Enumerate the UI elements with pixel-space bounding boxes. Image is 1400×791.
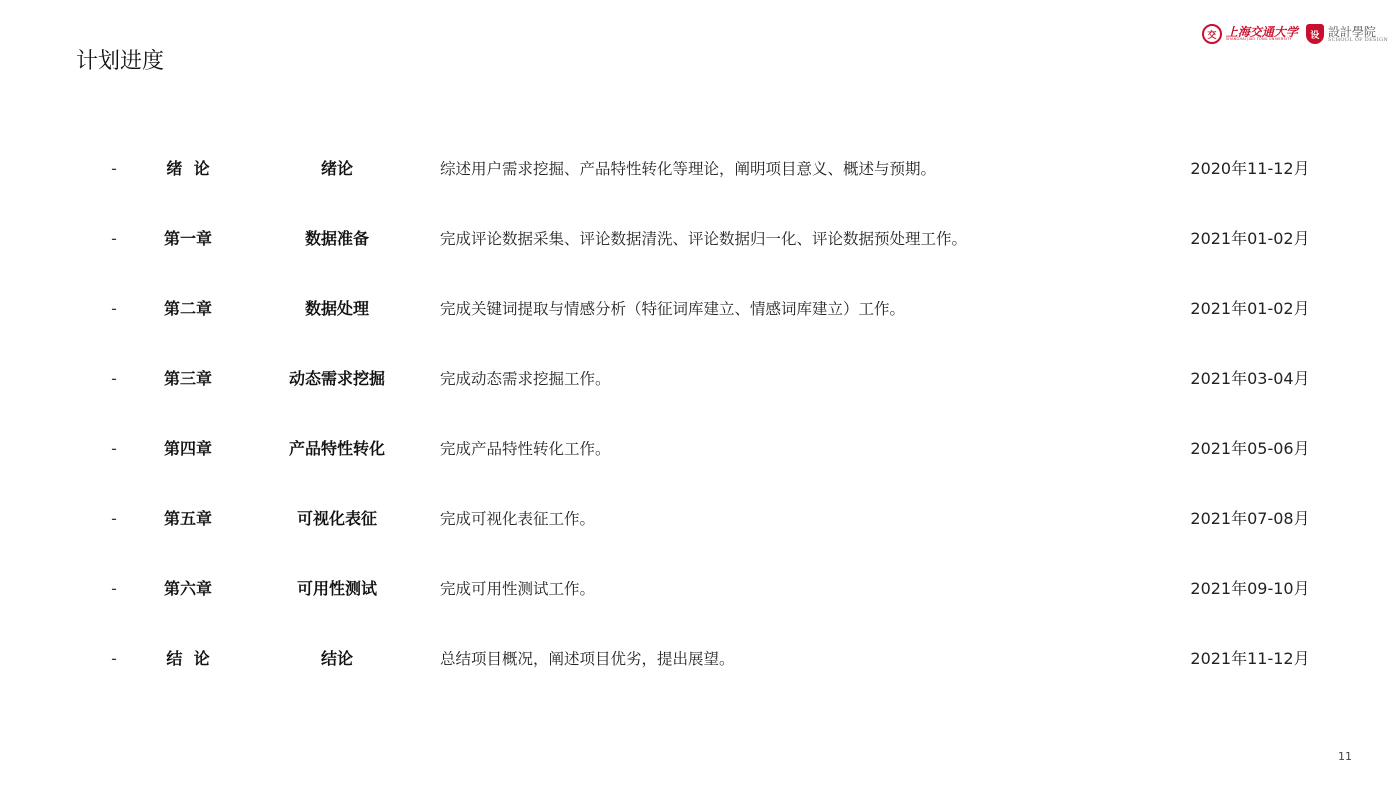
time-period: 2021年03-04月: [1170, 368, 1330, 390]
time-period: 2021年01-02月: [1170, 298, 1330, 320]
topic-label: 数据处理: [262, 298, 412, 320]
school-of-design-logo: 设 設計學院 SCHOOL OF DESIGN: [1306, 24, 1388, 44]
task-description: 完成可用性测试工作。: [440, 578, 595, 600]
sjtu-logo: 交 上海交通大学 SHANGHAI JIAO TONG UNIVERSITY: [1202, 24, 1298, 44]
schedule-row: - 第三章 动态需求挖掘 完成动态需求挖掘工作。 2021年03-04月: [0, 344, 1400, 414]
topic-label: 绪论: [262, 158, 412, 180]
schedule-row: - 第二章 数据处理 完成关键词提取与情感分析（特征词库建立、情感词库建立）工作…: [0, 274, 1400, 344]
page-title: 计划进度: [76, 44, 164, 75]
task-description: 完成动态需求挖掘工作。: [440, 368, 611, 390]
topic-label: 可用性测试: [262, 578, 412, 600]
topic-label: 产品特性转化: [262, 438, 412, 460]
task-description: 综述用户需求挖掘、产品特性转化等理论，阐明项目意义、概述与预期。: [440, 158, 936, 180]
school-name-en: SCHOOL OF DESIGN: [1328, 38, 1388, 43]
row-marker: -: [108, 508, 120, 530]
chapter-label: 第三章: [138, 368, 238, 390]
row-marker: -: [108, 648, 120, 670]
time-period: 2021年07-08月: [1170, 508, 1330, 530]
row-marker: -: [108, 228, 120, 250]
chapter-label: 第四章: [138, 438, 238, 460]
row-marker: -: [108, 438, 120, 460]
chapter-label: 绪 论: [138, 158, 238, 180]
topic-label: 可视化表征: [262, 508, 412, 530]
chapter-label: 第一章: [138, 228, 238, 250]
schedule-row: - 第一章 数据准备 完成评论数据采集、评论数据清洗、评论数据归一化、评论数据预…: [0, 204, 1400, 274]
header-logos: 交 上海交通大学 SHANGHAI JIAO TONG UNIVERSITY 设…: [1202, 24, 1388, 44]
schedule-table: - 绪 论 绪论 综述用户需求挖掘、产品特性转化等理论，阐明项目意义、概述与预期…: [0, 134, 1400, 694]
task-description: 完成可视化表征工作。: [440, 508, 595, 530]
schedule-row: - 结 论 结论 总结项目概况，阐述项目优劣，提出展望。 2021年11-12月: [0, 624, 1400, 694]
time-period: 2021年05-06月: [1170, 438, 1330, 460]
time-period: 2020年11-12月: [1170, 158, 1330, 180]
row-marker: -: [108, 578, 120, 600]
chapter-label: 第六章: [138, 578, 238, 600]
task-description: 完成关键词提取与情感分析（特征词库建立、情感词库建立）工作。: [440, 298, 905, 320]
schedule-row: - 第六章 可用性测试 完成可用性测试工作。 2021年09-10月: [0, 554, 1400, 624]
topic-label: 数据准备: [262, 228, 412, 250]
topic-label: 动态需求挖掘: [262, 368, 412, 390]
task-description: 完成评论数据采集、评论数据清洗、评论数据归一化、评论数据预处理工作。: [440, 228, 967, 250]
schedule-row: - 绪 论 绪论 综述用户需求挖掘、产品特性转化等理论，阐明项目意义、概述与预期…: [0, 134, 1400, 204]
time-period: 2021年01-02月: [1170, 228, 1330, 250]
row-marker: -: [108, 158, 120, 180]
sjtu-seal-icon: 交: [1202, 24, 1222, 44]
chapter-label: 第五章: [138, 508, 238, 530]
chapter-label: 结 论: [138, 648, 238, 670]
topic-label: 结论: [262, 648, 412, 670]
schedule-row: - 第五章 可视化表征 完成可视化表征工作。 2021年07-08月: [0, 484, 1400, 554]
school-name-cn: 設計學院: [1328, 26, 1388, 38]
row-marker: -: [108, 368, 120, 390]
time-period: 2021年11-12月: [1170, 648, 1330, 670]
task-description: 总结项目概况，阐述项目优劣，提出展望。: [440, 648, 735, 670]
chapter-label: 第二章: [138, 298, 238, 320]
row-marker: -: [108, 298, 120, 320]
task-description: 完成产品特性转化工作。: [440, 438, 611, 460]
design-shield-icon: 设: [1306, 24, 1324, 44]
sjtu-name-en: SHANGHAI JIAO TONG UNIVERSITY: [1226, 38, 1298, 42]
time-period: 2021年09-10月: [1170, 578, 1330, 600]
schedule-row: - 第四章 产品特性转化 完成产品特性转化工作。 2021年05-06月: [0, 414, 1400, 484]
page-number: 11: [1338, 750, 1352, 763]
